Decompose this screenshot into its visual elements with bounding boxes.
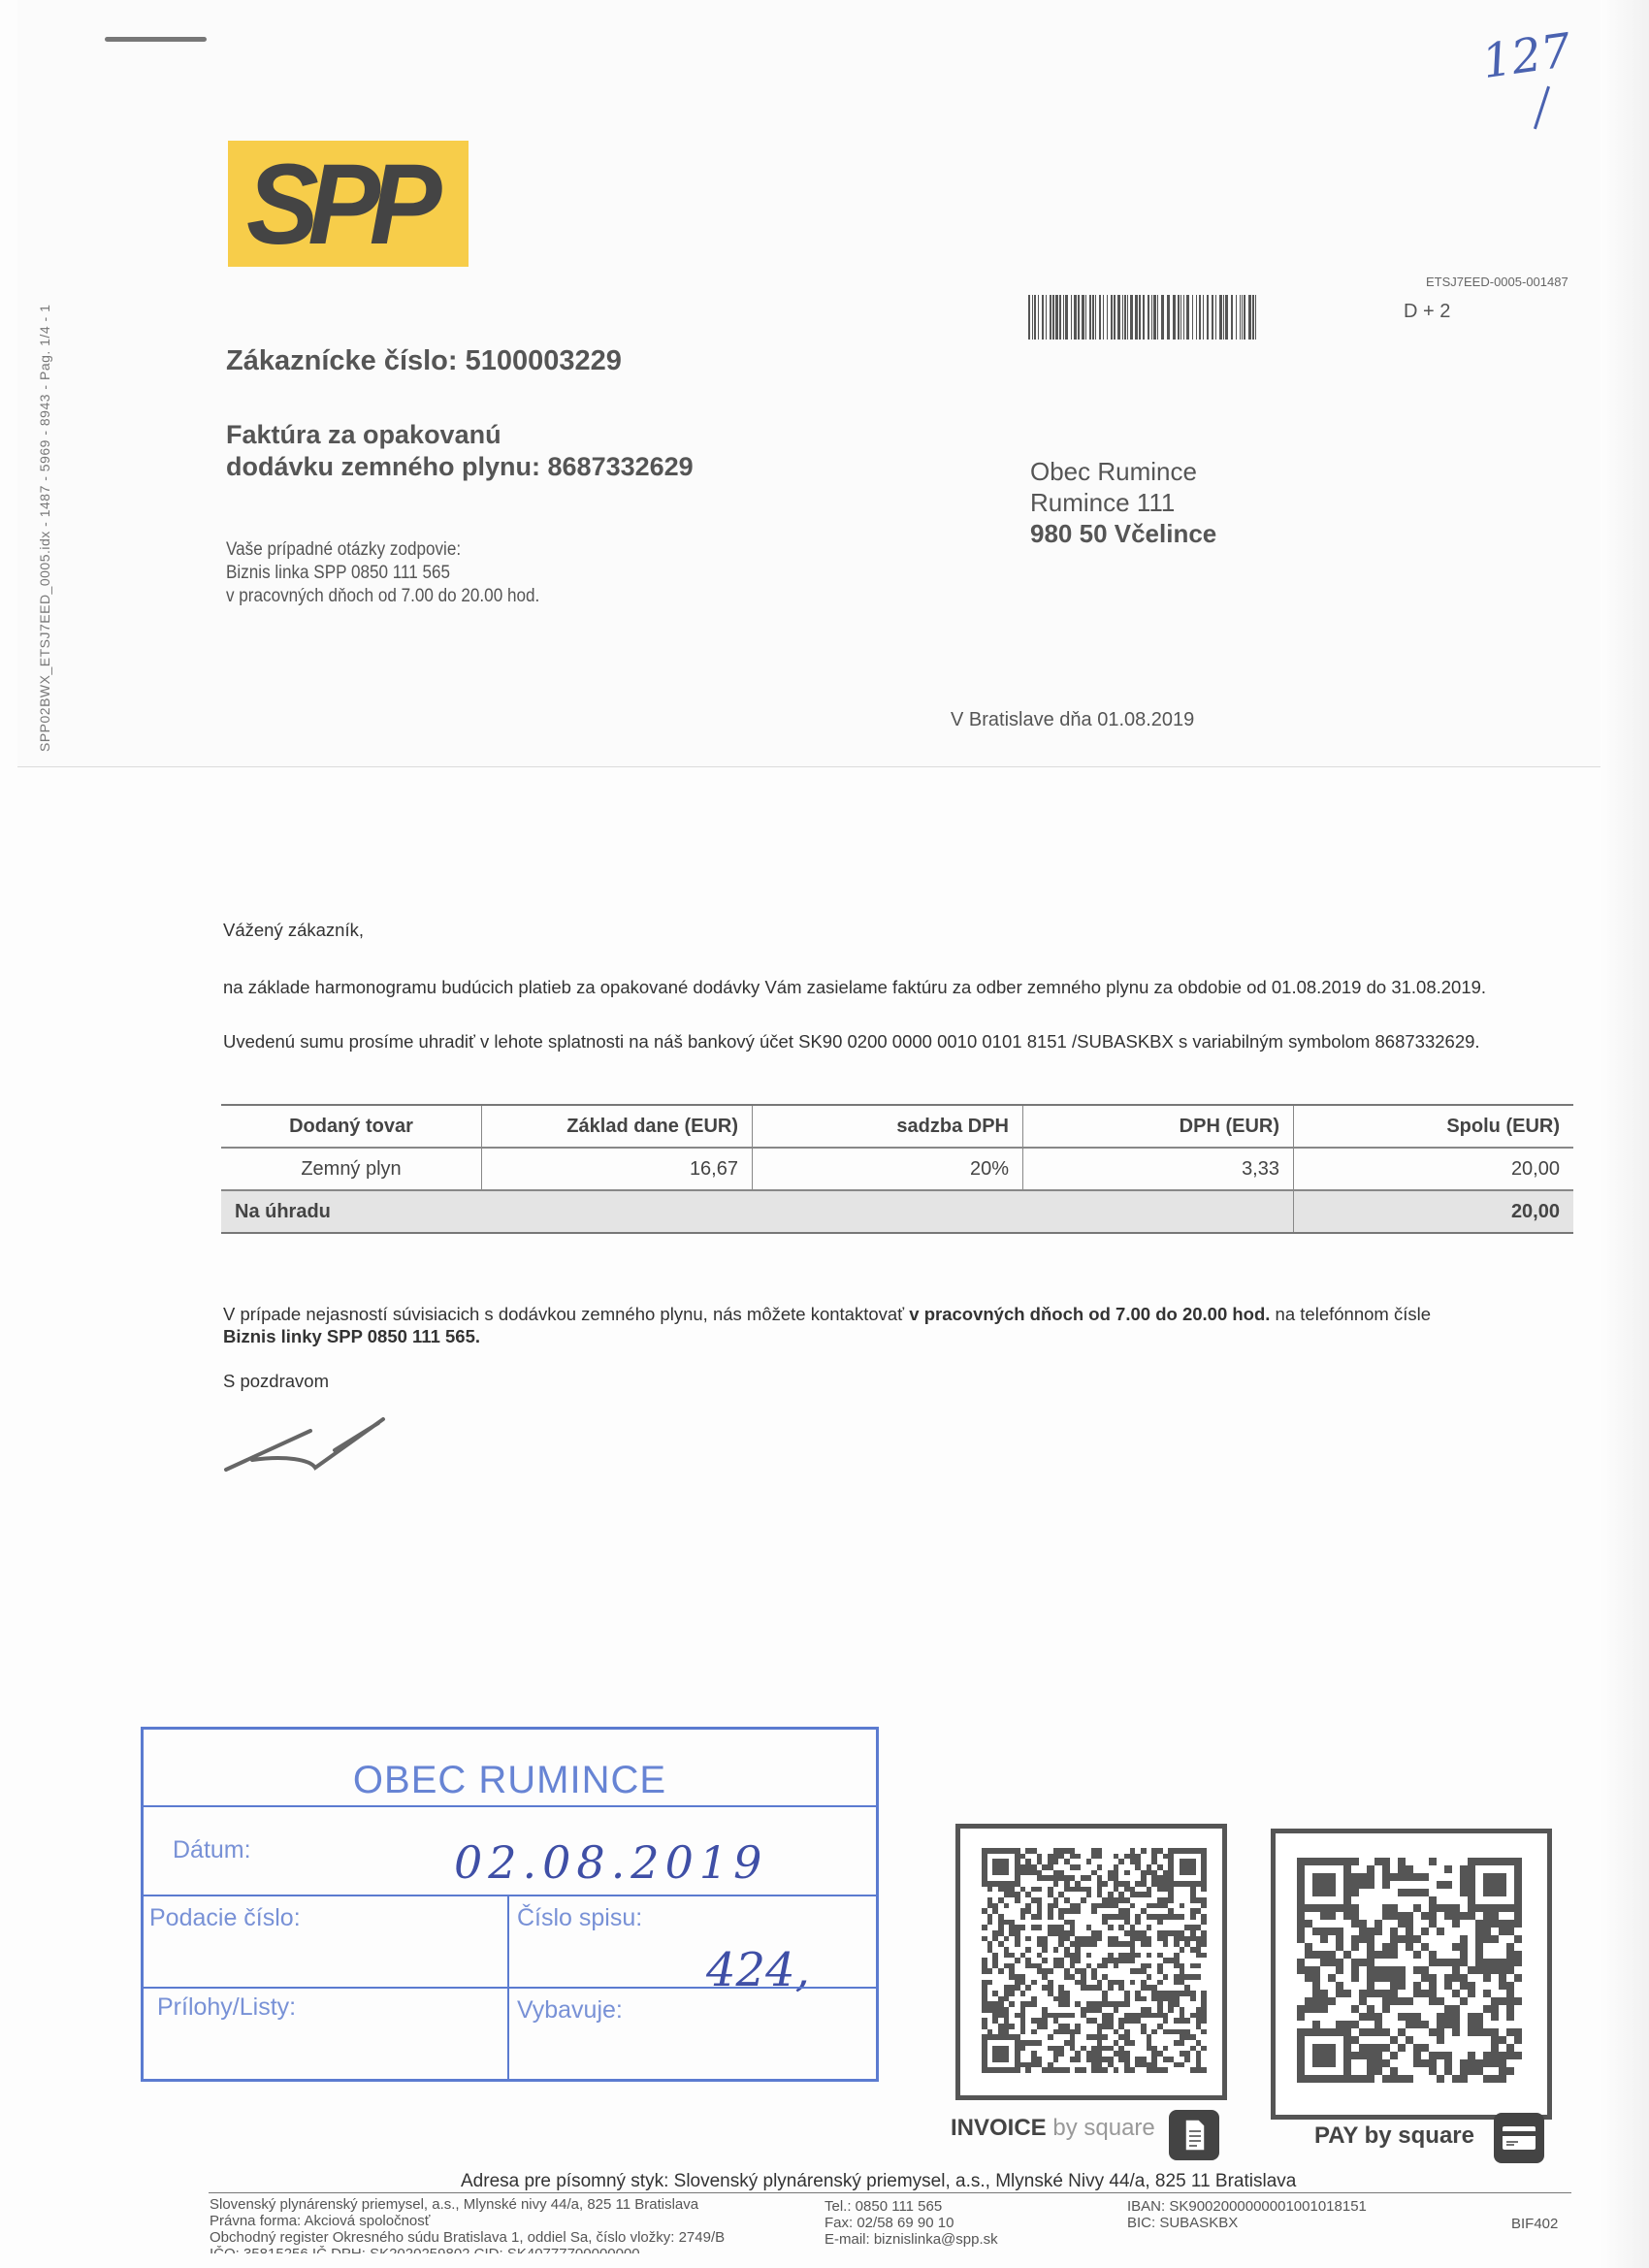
company-info: Slovenský plynárenský priemysel, a.s., M… [210, 2196, 725, 2253]
contact-paragraph: V prípade nejasností súvisiacich s dodáv… [223, 1303, 1484, 1347]
signature [218, 1411, 393, 1479]
column-header: Dodaný tovar [221, 1105, 482, 1148]
recipient-name: Obec Rumince [1030, 456, 1216, 487]
cell-product: Zemný plyn [221, 1148, 482, 1190]
footer-divider [209, 2192, 1571, 2193]
side-document-code: SPP02BWX_ETSJ7EED_0005.idx - 1487 - 5969… [37, 305, 52, 752]
cell-vat-rate: 20% [753, 1148, 1023, 1190]
total-value: 20,00 [1294, 1190, 1574, 1233]
credit-card-icon [1494, 2113, 1544, 2163]
help-line: v pracovných dňoch od 7.00 do 20.00 hod. [226, 585, 539, 608]
form-code: BIF402 [1511, 2216, 1558, 2232]
stamp-filing-number-label: Podacie číslo: [149, 1904, 301, 1932]
closing: S pozdravom [223, 1371, 1581, 1392]
invoice-title-line1: Faktúra za opakovanú [226, 419, 694, 451]
recipient-city: 980 50 Včelince [1030, 518, 1216, 549]
table-total-row: Na úhradu 20,00 [221, 1190, 1573, 1233]
stamp-file-number-label: Číslo spisu: [517, 1904, 642, 1932]
pay-qr-code [1297, 1858, 1522, 2083]
stamp-handled-by-label: Vybavuje: [517, 1996, 623, 2025]
recipient-street: Rumince 111 [1030, 487, 1216, 518]
page-edge-shadow [1600, 0, 1649, 2268]
stamp-title: OBEC RUMINCE [144, 1759, 876, 1802]
column-header: DPH (EUR) [1023, 1105, 1294, 1148]
table-row: Zemný plyn 16,67 20% 3,33 20,00 [221, 1148, 1573, 1190]
document-icon [1169, 2110, 1219, 2160]
cell-vat: 3,33 [1023, 1148, 1294, 1190]
invoice-title: Faktúra za opakovanú dodávku zemného ply… [226, 419, 694, 483]
stamp-date-label: Dátum: [173, 1836, 251, 1864]
invoice-by-square-label: INVOICE by square [951, 2115, 1155, 2142]
column-header: Spolu (EUR) [1294, 1105, 1574, 1148]
stamp-file-number-value: 424, [706, 1943, 810, 1997]
pay-by-square-label: PAY by square [1314, 2122, 1474, 2150]
stamp-attachments-label: Prílohy/Listy: [157, 1993, 296, 2022]
stamp-date-value: 02.08.2019 [454, 1836, 767, 1889]
table-header-row: Dodaný tovar Základ dane (EUR) sadzba DP… [221, 1105, 1573, 1148]
total-label: Na úhradu [221, 1190, 1294, 1233]
cell-total: 20,00 [1294, 1148, 1574, 1190]
invoice-title-line2: dodávku zemného plynu: 8687332629 [226, 451, 694, 483]
column-header: Základ dane (EUR) [482, 1105, 753, 1148]
help-contact: Vaše prípadné otázky zodpovie: Biznis li… [226, 538, 539, 608]
greeting: Vážený zákazník, [223, 920, 1581, 941]
stamp-divider [144, 1805, 876, 1807]
delivery-code: D + 2 [1404, 301, 1450, 323]
invoice-qr-code [982, 1848, 1207, 2073]
column-header: sadzba DPH [753, 1105, 1023, 1148]
barcode-id: ETSJ7EED-0005-001487 [1426, 275, 1568, 289]
folded-sheet-top [17, 0, 1603, 767]
goods-table: Dodaný tovar Základ dane (EUR) sadzba DP… [221, 1104, 1573, 1234]
contact-info: Tel.: 0850 111 565 Fax: 02/58 69 90 10 E… [824, 2198, 998, 2248]
cell-tax-base: 16,67 [482, 1148, 753, 1190]
bank-info: IBAN: SK9002000000001001018151 BIC: SUBA… [1127, 2198, 1367, 2231]
spp-logo: SPP [228, 141, 469, 267]
barcode [1028, 295, 1325, 340]
help-line: Biznis linka SPP 0850 111 565 [226, 562, 539, 585]
help-line: Vaše prípadné otázky zodpovie: [226, 538, 539, 562]
stamp-divider [144, 1895, 876, 1896]
letter-paragraph: Uvedenú sumu prosíme uhradiť v lehote sp… [223, 1031, 1581, 1053]
letter-paragraph: na základe harmonogramu budúcich platieb… [223, 977, 1581, 998]
registry-stamp: OBEC RUMINCE Dátum: 02.08.2019 Podacie č… [141, 1727, 879, 2082]
recipient-address: Obec Rumince Rumince 111 980 50 Včelince [1030, 456, 1216, 549]
correspondence-address: Adresa pre písomný styk: Slovenský plyná… [461, 2171, 1296, 2192]
staple-mark [105, 37, 207, 42]
stamp-divider [144, 1987, 876, 1989]
customer-number: Zákaznícke číslo: 5100003229 [226, 345, 622, 377]
place-date: V Bratislave dňa 01.08.2019 [951, 709, 1194, 731]
spp-logo-text: SPP [246, 139, 431, 271]
